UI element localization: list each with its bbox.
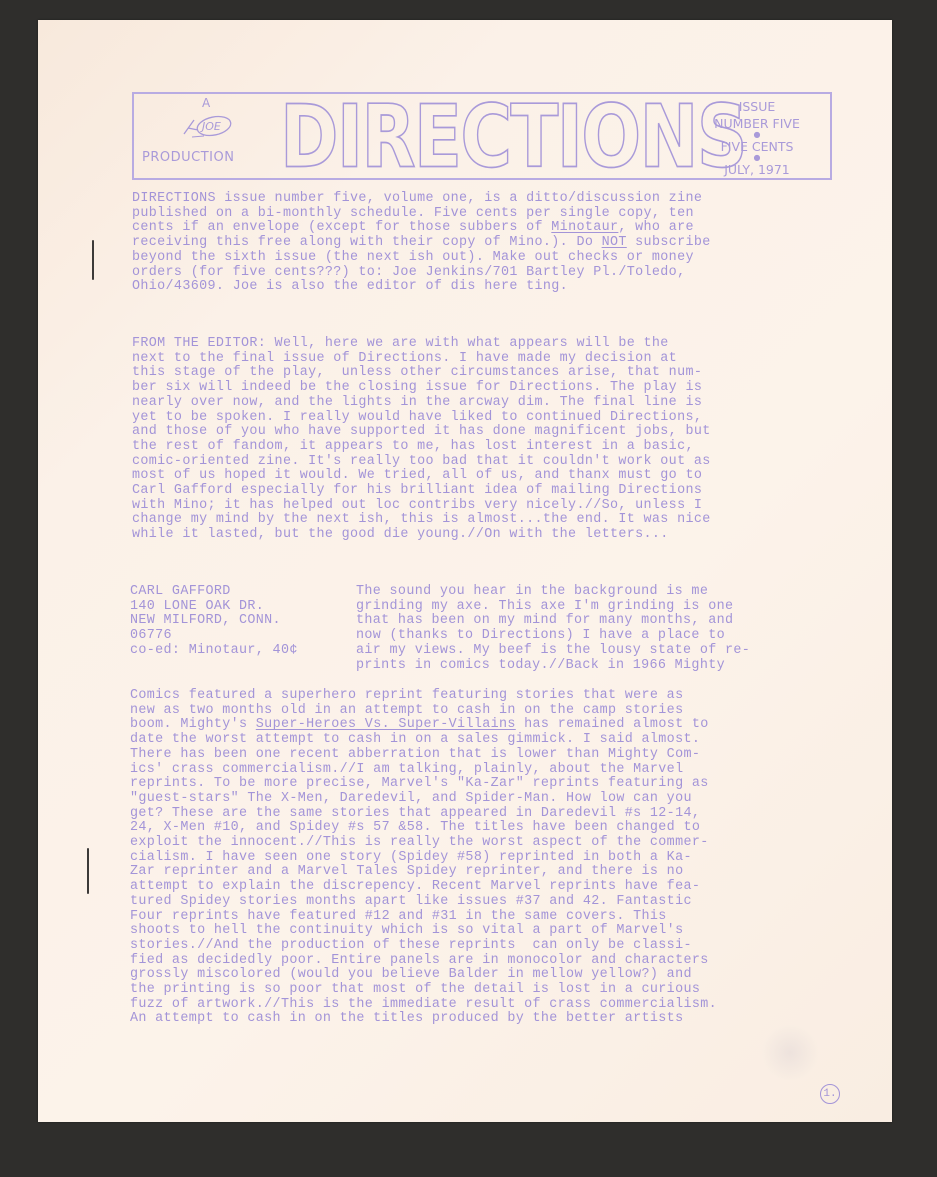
letter-body: Comics featured a superhero reprint feat… [130, 689, 717, 1027]
editorial-line: FROM THE EDITOR: Well, here we are with … [132, 337, 711, 352]
letter-line: attempt to explain the discrepency. Rece… [130, 880, 717, 895]
intro-line: beyond the sixth issue (the next ish out… [132, 251, 711, 266]
editorial-line: the rest of fandom, it appears to me, ha… [132, 440, 711, 455]
editorial-paragraph: FROM THE EDITOR: Well, here we are with … [132, 337, 711, 543]
editorial-line: yet to be spoken. I really would have li… [132, 411, 711, 426]
svg-text:JOE: JOE [200, 120, 221, 133]
editorial-line: nearly over now, and the lights in the a… [132, 396, 711, 411]
joe-logo-icon: JOE [182, 114, 234, 140]
letter-line: Four reprints have featured #12 and #31 … [130, 910, 717, 925]
zine-title: DIRECTIONS [280, 94, 746, 182]
letter-line: ics' crass commercialism.//I am talking,… [130, 763, 717, 778]
letter-line: grossly miscolored (would you believe Ba… [130, 968, 717, 983]
address-line: 140 LONE OAK DR. [130, 600, 298, 615]
letter-address: CARL GAFFORD140 LONE OAK DR.NEW MILFORD,… [130, 585, 298, 659]
letter-line: 24, X-Men #10, and Spidey #s 57 &58. The… [130, 821, 717, 836]
staple-bottom [87, 848, 89, 894]
masthead-box: A JOE PRODUCTION DIRECTIONS ISSUE NUMBER… [132, 92, 832, 180]
intro-line: published on a bi-monthly schedule. Five… [132, 207, 711, 222]
masthead-a-label: A [202, 96, 210, 110]
address-line: NEW MILFORD, CONN. [130, 614, 298, 629]
letter-line: Comics featured a superhero reprint feat… [130, 689, 717, 704]
letter-line: that has been on my mind for many months… [356, 614, 750, 629]
letter-line: shoots to hell the continuity which is s… [130, 924, 717, 939]
intro-line: Ohio/43609. Joe is also the editor of di… [132, 280, 711, 295]
letter-line: the printing is so poor that most of the… [130, 983, 717, 998]
address-line: co-ed: Minotaur, 40¢ [130, 644, 298, 659]
intro-line: DIRECTIONS issue number five, volume one… [132, 192, 711, 207]
intro-line: receiving this free along with their cop… [132, 236, 711, 251]
letter-line: fied as decidedly poor. Entire panels ar… [130, 954, 717, 969]
letter-line: There has been one recent abberration th… [130, 748, 717, 763]
letter-line: date the worst attempt to cash in on a s… [130, 733, 717, 748]
address-line: CARL GAFFORD [130, 585, 298, 600]
letter-line: reprints. To be more precise, Marvel's "… [130, 777, 717, 792]
letter-side-column: The sound you hear in the background is … [356, 585, 750, 673]
letter-line: boom. Mighty's Super-Heroes Vs. Super-Vi… [130, 718, 717, 733]
issue-date: JULY, 1971 [692, 161, 822, 178]
letter-line: prints in comics today.//Back in 1966 Mi… [356, 659, 750, 674]
editorial-line: ber six will indeed be the closing issue… [132, 381, 711, 396]
editorial-line: while it lasted, but the good die young.… [132, 528, 711, 543]
letter-line: An attempt to cash in on the titles prod… [130, 1012, 717, 1027]
issue-label: ISSUE [692, 98, 822, 115]
letter-line: exploit the innocent.//This is really th… [130, 836, 717, 851]
minotaur-title: Minotaur [551, 220, 618, 235]
super-heroes-title: Super-Heroes Vs. Super-Villains [256, 717, 516, 732]
editorial-line: with Mino; it has helped out loc contrib… [132, 499, 711, 514]
editorial-line: this stage of the play, unless other cir… [132, 366, 711, 381]
staple-top [92, 240, 94, 280]
letter-line: stories.//And the production of these re… [130, 939, 717, 954]
paper-smudge [760, 1025, 820, 1080]
editorial-line: next to the final issue of Directions. I… [132, 352, 711, 367]
production-label: PRODUCTION [142, 150, 234, 165]
issue-info: ISSUE NUMBER FIVE ● FIVE CENTS ● JULY, 1… [692, 98, 822, 178]
letter-line: cialism. I have seen one story (Spidey #… [130, 851, 717, 866]
editorial-line: and those of you who have supported it h… [132, 425, 711, 440]
editorial-line: most of us hoped it would. We tried, all… [132, 469, 711, 484]
editorial-line: comic-oriented zine. It's really too bad… [132, 455, 711, 470]
intro-line: cents if an envelope (except for those s… [132, 221, 711, 236]
letter-line: get? These are the same stories that app… [130, 807, 717, 822]
page-number: 1. [820, 1084, 840, 1104]
not-emphasis: NOT [602, 235, 627, 250]
letter-line: fuzz of artwork.//This is the immediate … [130, 998, 717, 1013]
letter-line: air my views. My beef is the lousy state… [356, 644, 750, 659]
address-line: 06776 [130, 629, 298, 644]
letter-line: "guest-stars" The X-Men, Daredevil, and … [130, 792, 717, 807]
editorial-line: Carl Gafford especially for his brillian… [132, 484, 711, 499]
letter-line: The sound you hear in the background is … [356, 585, 750, 600]
letter-line: tured Spidey stories months apart like i… [130, 895, 717, 910]
editorial-line: change my mind by the next ish, this is … [132, 513, 711, 528]
letter-line: now (thanks to Directions) I have a plac… [356, 629, 750, 644]
letter-line: grinding my axe. This axe I'm grinding i… [356, 600, 750, 615]
letter-line: Zar reprinter and a Marvel Tales Spidey … [130, 865, 717, 880]
letter-line: new as two months old in an attempt to c… [130, 704, 717, 719]
intro-line: orders (for five cents???) to: Joe Jenki… [132, 266, 711, 281]
intro-paragraph: DIRECTIONS issue number five, volume one… [132, 192, 711, 295]
